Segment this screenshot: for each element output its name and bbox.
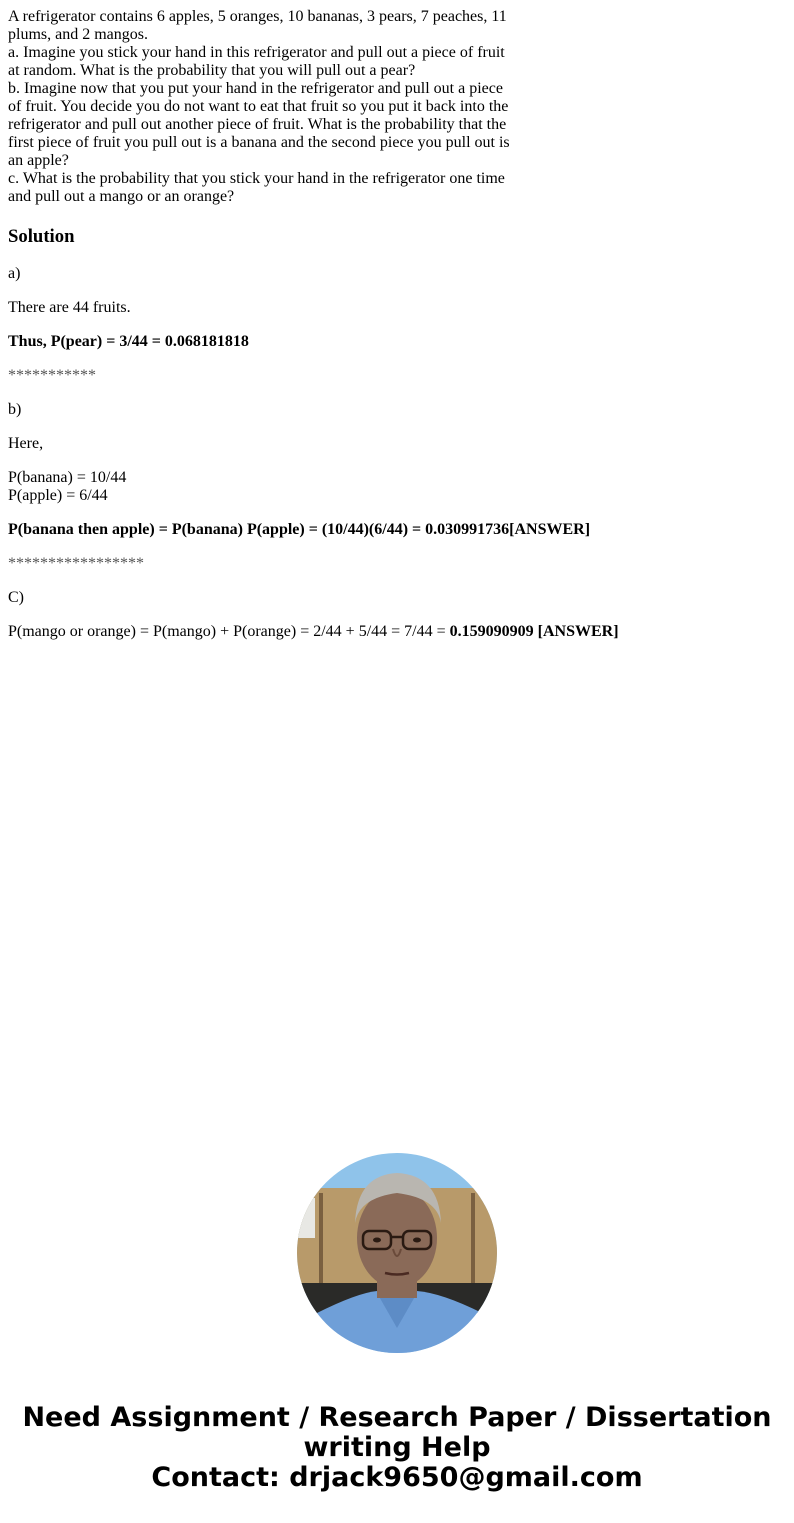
p-apple: P(apple) = 6/44 <box>8 487 108 504</box>
tutor-photo-icon <box>297 1153 497 1353</box>
question-line: and pull out a mango or an orange? <box>8 188 514 206</box>
question-line: an apple? <box>8 152 514 170</box>
footer-contact: Contact: drjack9650@gmail.com <box>0 1463 794 1493</box>
contact-footer: Need Assignment / Research Paper / Disse… <box>0 1403 794 1493</box>
avatar <box>297 1153 497 1353</box>
question-line: c. What is the probability that you stic… <box>8 170 514 188</box>
part-a-text: There are 44 fruits. <box>8 299 788 317</box>
question-line: first piece of fruit you pull out is a b… <box>8 134 514 152</box>
p-banana: P(banana) = 10/44 <box>8 469 126 486</box>
part-b-label: b) <box>8 401 788 419</box>
question-line: refrigerator and pull out another piece … <box>8 116 514 134</box>
part-c-formula: P(mango or orange) = P(mango) + P(orange… <box>8 623 450 640</box>
part-c-text: P(mango or orange) = P(mango) + P(orange… <box>8 623 788 641</box>
separator: ***************** <box>8 555 788 573</box>
part-b-result: P(banana then apple) = P(banana) P(apple… <box>8 521 788 539</box>
question-block: A refrigerator contains 6 apples, 5 oran… <box>8 8 514 206</box>
question-line: b. Imagine now that you put your hand in… <box>8 80 514 98</box>
question-line: A refrigerator contains 6 apples, 5 oran… <box>8 8 514 26</box>
separator: *********** <box>8 367 788 385</box>
part-b-given: P(banana) = 10/44 P(apple) = 6/44 <box>8 469 788 505</box>
solution-heading: Solution <box>8 226 788 247</box>
part-a-result: Thus, P(pear) = 3/44 = 0.068181818 <box>8 333 788 351</box>
part-b-intro: Here, <box>8 435 788 453</box>
part-c-result: 0.159090909 [ANSWER] <box>450 623 619 640</box>
solution-block: Solution a) There are 44 fruits. Thus, P… <box>8 226 788 657</box>
part-c-label: C) <box>8 589 788 607</box>
question-line: at random. What is the probability that … <box>8 62 514 80</box>
question-line: a. Imagine you stick your hand in this r… <box>8 44 514 62</box>
footer-line: writing Help <box>0 1433 794 1463</box>
question-line: of fruit. You decide you do not want to … <box>8 98 514 116</box>
footer-line: Need Assignment / Research Paper / Disse… <box>0 1403 794 1433</box>
question-line: plums, and 2 mangos. <box>8 26 514 44</box>
part-a-label: a) <box>8 265 788 283</box>
